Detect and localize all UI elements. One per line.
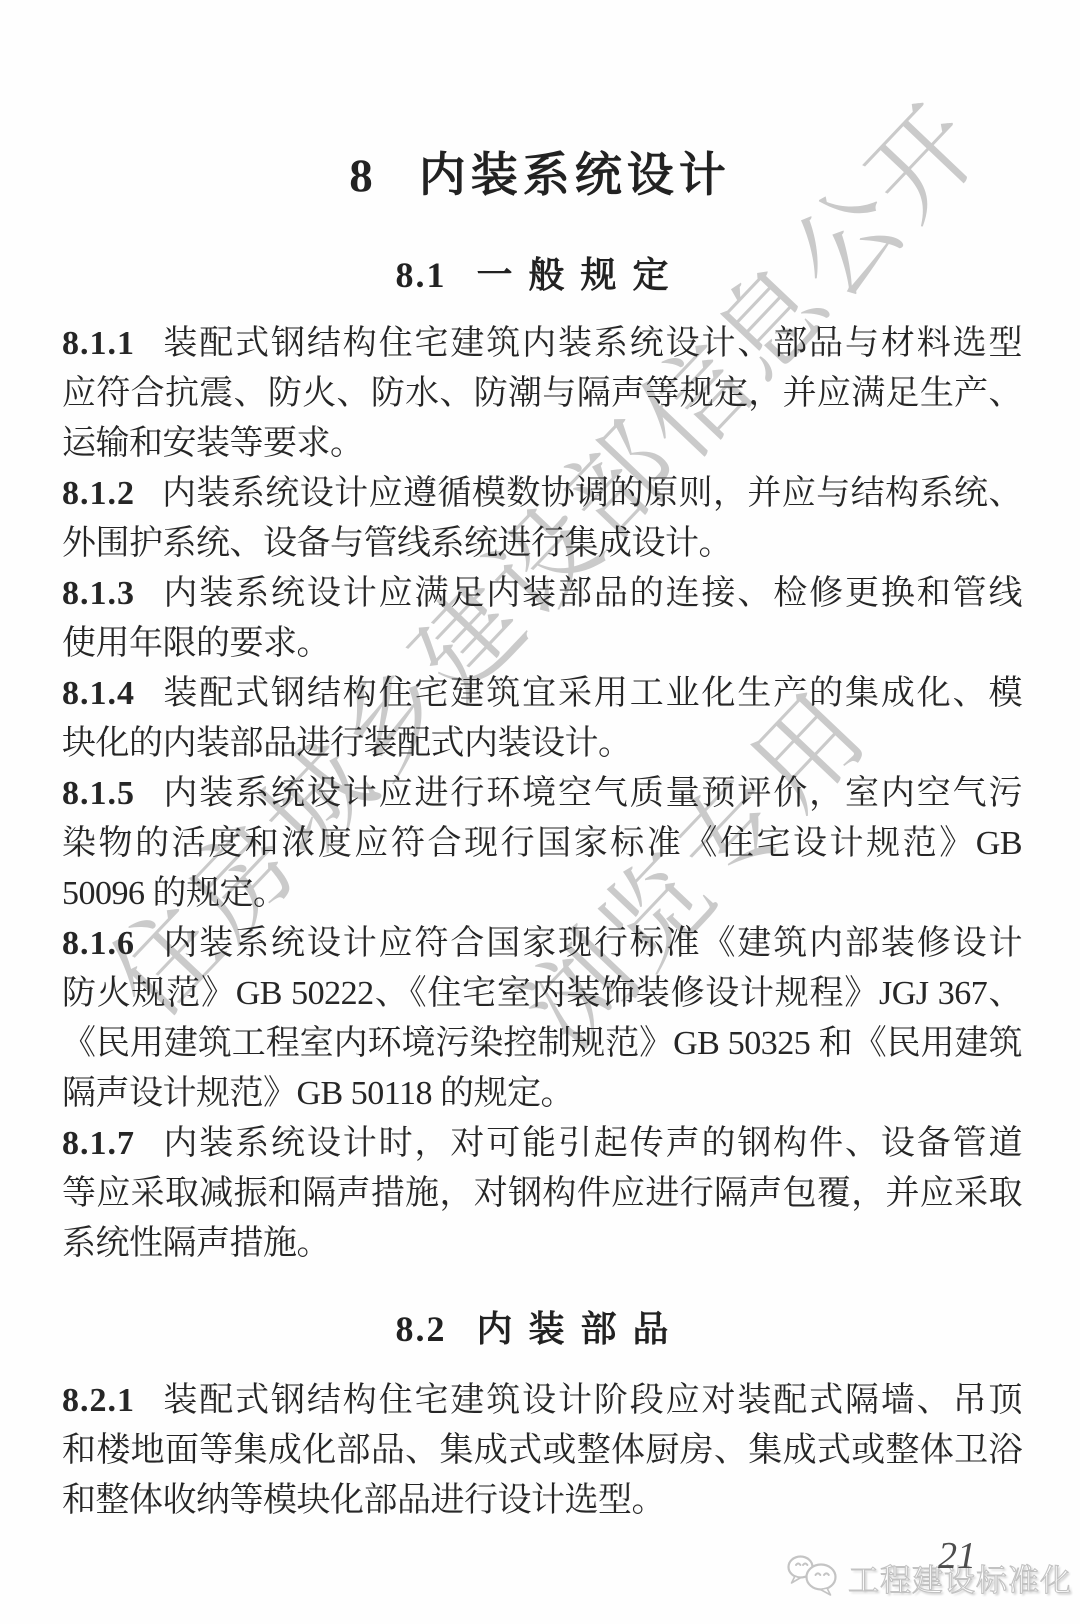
clause-8-1-2: 8.1.2内装系统设计应遵循模数协调的原则，并应与结构系统、 外围护系统、设备与… — [62, 469, 1022, 569]
clause-number: 8.1.1 — [62, 325, 135, 362]
clause-line: 8.1.1装配式钢结构住宅建筑内装系统设计、部品与材料选型 — [62, 319, 1022, 369]
clause-text: 内装系统设计应符合国家现行标准《建筑内部装修设计 — [161, 925, 1022, 962]
clause-text: 内装系统设计应遵循模数协调的原则，并应与结构系统、 — [161, 475, 1022, 512]
clause-number: 8.1.3 — [62, 575, 135, 612]
section-heading-8-2: 8.2内装部品 — [0, 1301, 1080, 1352]
clause-line: 8.1.6内装系统设计应符合国家现行标准《建筑内部装修设计 — [62, 919, 1022, 969]
page-number: 21 — [938, 1534, 976, 1578]
clause-text: 装配式钢结构住宅建筑内装系统设计、部品与材料选型 — [161, 325, 1022, 362]
clause-number: 8.1.4 — [62, 675, 135, 712]
clause-text: 装配式钢结构住宅建筑宜采用工业化生产的集成化、模 — [161, 675, 1022, 712]
clause-line: 系统性隔声措施。 — [62, 1219, 1022, 1269]
section-number: 8.1 — [395, 255, 446, 295]
clause-line: 防火规范》GB 50222、《住宅室内装饰装修设计规程》JGJ 367、 — [62, 969, 1022, 1019]
section-8-2-body: 8.2.1装配式钢结构住宅建筑设计阶段应对装配式隔墙、吊顶 和楼地面等集成化部品… — [62, 1376, 1022, 1526]
clause-8-1-1: 8.1.1装配式钢结构住宅建筑内装系统设计、部品与材料选型 应符合抗震、防火、防… — [62, 319, 1022, 469]
clause-8-1-3: 8.1.3内装系统设计应满足内装部品的连接、检修更换和管线 使用年限的要求。 — [62, 569, 1022, 669]
clause-8-1-7: 8.1.7内装系统设计时，对可能引起传声的钢构件、设备管道 等应采取减振和隔声措… — [62, 1119, 1022, 1269]
clause-line: 外围护系统、设备与管线系统进行集成设计。 — [62, 519, 1022, 569]
clause-line: 运输和安装等要求。 — [62, 419, 1022, 469]
wechat-bubbles-icon — [786, 1552, 842, 1603]
clause-number: 8.1.2 — [62, 475, 135, 512]
clause-line: 《民用建筑工程室内环境污染控制规范》GB 50325 和《民用建筑 — [62, 1019, 1022, 1069]
section-title: 一般规定 — [476, 255, 684, 295]
clause-line: 8.2.1装配式钢结构住宅建筑设计阶段应对装配式隔墙、吊顶 — [62, 1376, 1022, 1426]
chapter-number: 8 — [349, 150, 373, 202]
clause-8-2-1: 8.2.1装配式钢结构住宅建筑设计阶段应对装配式隔墙、吊顶 和楼地面等集成化部品… — [62, 1376, 1022, 1526]
section-heading-8-1: 8.1一般规定 — [0, 247, 1080, 298]
clause-line: 和整体收纳等模块化部品进行设计选型。 — [62, 1476, 1022, 1526]
clause-8-1-4: 8.1.4装配式钢结构住宅建筑宜采用工业化生产的集成化、模 块化的内装部品进行装… — [62, 669, 1022, 769]
clause-text: 装配式钢结构住宅建筑设计阶段应对装配式隔墙、吊顶 — [161, 1382, 1022, 1419]
clause-line: 块化的内装部品进行装配式内装设计。 — [62, 719, 1022, 769]
clause-line: 50096 的规定。 — [62, 869, 1022, 919]
clause-line: 8.1.2内装系统设计应遵循模数协调的原则，并应与结构系统、 — [62, 469, 1022, 519]
page-content: 8内装系统设计 8.1一般规定 8.1.1装配式钢结构住宅建筑内装系统设计、部品… — [0, 0, 1080, 1624]
clause-text: 内装系统设计时，对可能引起传声的钢构件、设备管道 — [161, 1125, 1022, 1162]
clause-line: 应符合抗震、防火、防水、防潮与隔声等规定，并应满足生产、 — [62, 369, 1022, 419]
section-8-1-body: 8.1.1装配式钢结构住宅建筑内装系统设计、部品与材料选型 应符合抗震、防火、防… — [62, 319, 1022, 1269]
clause-line: 隔声设计规范》GB 50118 的规定。 — [62, 1069, 1022, 1119]
clause-text: 内装系统设计应进行环境空气质量预评价，室内空气污 — [161, 775, 1022, 812]
clause-number: 8.1.7 — [62, 1125, 135, 1162]
clause-line: 使用年限的要求。 — [62, 619, 1022, 669]
chapter-title: 8内装系统设计 — [0, 138, 1080, 205]
clause-number: 8.1.5 — [62, 775, 135, 812]
clause-number: 8.2.1 — [62, 1382, 135, 1419]
clause-line: 等应采取减振和隔声措施，对钢构件应进行隔声包覆，并应采取 — [62, 1169, 1022, 1219]
clause-line: 8.1.4装配式钢结构住宅建筑宜采用工业化生产的集成化、模 — [62, 669, 1022, 719]
section-title: 内装部品 — [476, 1309, 684, 1349]
chapter-title-text: 内装系统设计 — [419, 150, 731, 202]
clause-line: 染物的活度和浓度应符合现行国家标准《住宅设计规范》GB — [62, 819, 1022, 869]
clause-line: 8.1.3内装系统设计应满足内装部品的连接、检修更换和管线 — [62, 569, 1022, 619]
clause-text: 内装系统设计应满足内装部品的连接、检修更换和管线 — [161, 575, 1022, 612]
footer-brand: 工程建设标准化 — [786, 1552, 1072, 1603]
clause-line: 8.1.7内装系统设计时，对可能引起传声的钢构件、设备管道 — [62, 1119, 1022, 1169]
section-number: 8.2 — [395, 1309, 446, 1349]
clause-8-1-5: 8.1.5内装系统设计应进行环境空气质量预评价，室内空气污 染物的活度和浓度应符… — [62, 769, 1022, 919]
clause-line: 和楼地面等集成化部品、集成式或整体厨房、集成式或整体卫浴 — [62, 1426, 1022, 1476]
clause-line: 8.1.5内装系统设计应进行环境空气质量预评价，室内空气污 — [62, 769, 1022, 819]
clause-8-1-6: 8.1.6内装系统设计应符合国家现行标准《建筑内部装修设计 防火规范》GB 50… — [62, 919, 1022, 1119]
clause-number: 8.1.6 — [62, 925, 135, 962]
document-page: 住房城乡建设部信息公开 浏览专用 8内装系统设计 8.1一般规定 8.1.1装配… — [0, 0, 1080, 1624]
